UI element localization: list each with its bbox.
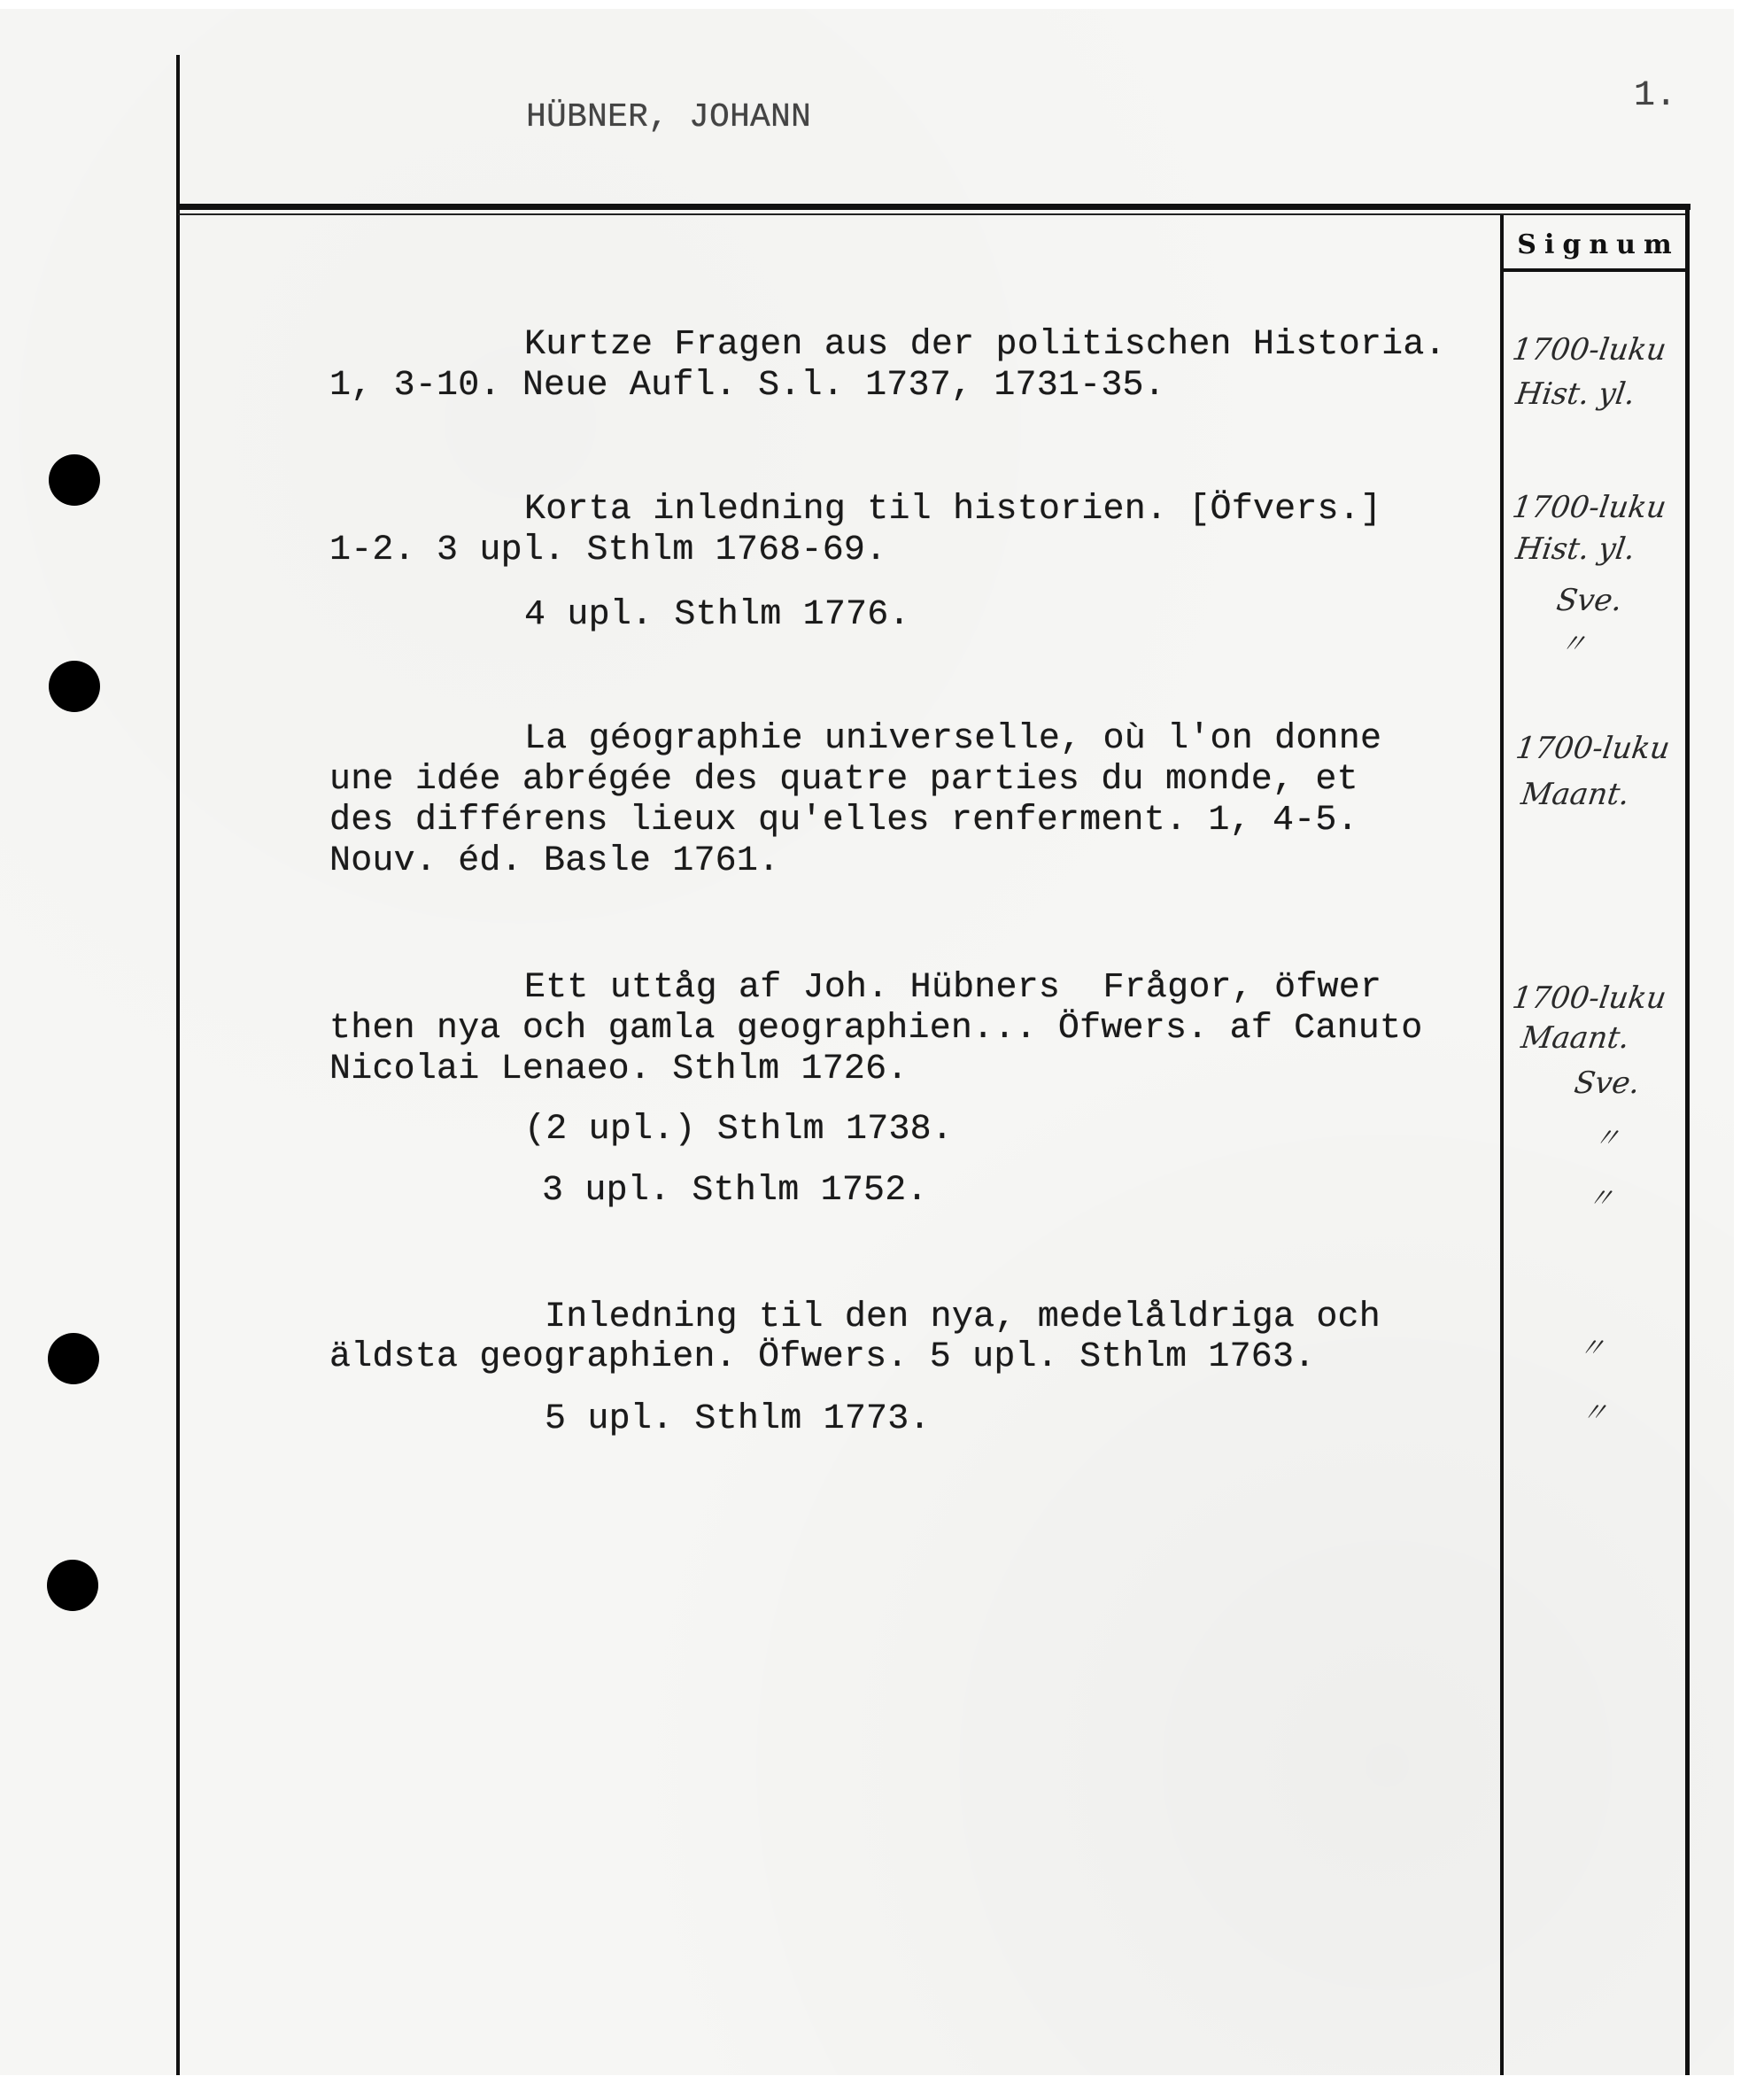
header-rule-thin bbox=[178, 213, 1688, 215]
header-rule-heavy bbox=[178, 204, 1690, 210]
signum-note: 1700-luku bbox=[1510, 490, 1668, 525]
ditto-mark: 〃 bbox=[1579, 1391, 1611, 1429]
entry-title-line: une idée abrégée des quatre parties du m… bbox=[329, 760, 1358, 801]
sub-edition-line: 5 upl. Sthlm 1773. bbox=[545, 1399, 931, 1440]
signum-note: Sve. bbox=[1572, 1065, 1642, 1101]
entry-title-line: 1-2. 3 upl. Sthlm 1768-69. bbox=[329, 531, 886, 571]
punch-hole-icon bbox=[48, 1333, 99, 1384]
punch-hole-icon bbox=[47, 1560, 98, 1611]
ditto-mark: 〃 bbox=[1591, 1116, 1623, 1155]
entry-title-line: Inledning til den nya, medelåldriga och bbox=[545, 1298, 1381, 1338]
signum-column-header: Signum bbox=[1504, 221, 1685, 267]
entry-title-line: Kurtze Fragen aus der politischen Histor… bbox=[524, 325, 1446, 366]
signum-note: Sve. bbox=[1554, 583, 1624, 618]
left-margin-rule bbox=[176, 55, 180, 2075]
signum-column-rule bbox=[1500, 215, 1504, 2075]
ditto-mark: 〃 bbox=[1585, 1176, 1617, 1215]
entry-title-line: Nouv. éd. Basle 1761. bbox=[329, 841, 779, 882]
sub-edition-line: 3 upl. Sthlm 1752. bbox=[542, 1171, 928, 1212]
entry-title-line: 1, 3-10. Neue Aufl. S.l. 1737, 1731-35. bbox=[329, 366, 1165, 407]
sub-edition-line: (2 upl.) Sthlm 1738. bbox=[524, 1110, 953, 1150]
punch-hole-icon bbox=[49, 661, 100, 712]
signum-note: 1700-luku bbox=[1510, 332, 1668, 368]
signum-header-rule bbox=[1500, 268, 1688, 272]
card-heading: HÜBNER, JOHANN bbox=[526, 97, 811, 138]
signum-note: Hist. yl. bbox=[1513, 376, 1637, 412]
punch-hole-icon bbox=[49, 454, 100, 506]
entry-title-line: äldsta geographien. Öfwers. 5 upl. Sthlm… bbox=[329, 1337, 1315, 1378]
entry-title-line: des différens lieux qu'elles renferment.… bbox=[329, 801, 1358, 841]
ditto-mark: 〃 bbox=[1558, 622, 1590, 661]
signum-note: Maant. bbox=[1519, 777, 1631, 812]
entry-title-line: Ett uttåg af Joh. Hübners Frågor, öfwer bbox=[524, 968, 1381, 1009]
signum-note: Hist. yl. bbox=[1513, 531, 1637, 567]
sub-edition-line: 4 upl. Sthlm 1776. bbox=[524, 595, 910, 636]
entry-title-line: Nicolai Lenaeo. Sthlm 1726. bbox=[329, 1050, 909, 1090]
signum-note: Maant. bbox=[1519, 1020, 1631, 1056]
right-border-rule bbox=[1685, 204, 1690, 2075]
entry-title-line: then nya och gamla geographien... Öfwers… bbox=[329, 1009, 1422, 1050]
signum-note: 1700-luku bbox=[1513, 731, 1672, 766]
ditto-mark: 〃 bbox=[1576, 1326, 1608, 1365]
entry-title-line: Korta inledning til historien. [Öfvers.] bbox=[524, 490, 1381, 531]
signum-note: 1700-luku bbox=[1510, 980, 1668, 1016]
page-number: 1. bbox=[1634, 76, 1676, 117]
entry-title-line: La géographie universelle, où l'on donne bbox=[524, 719, 1381, 760]
